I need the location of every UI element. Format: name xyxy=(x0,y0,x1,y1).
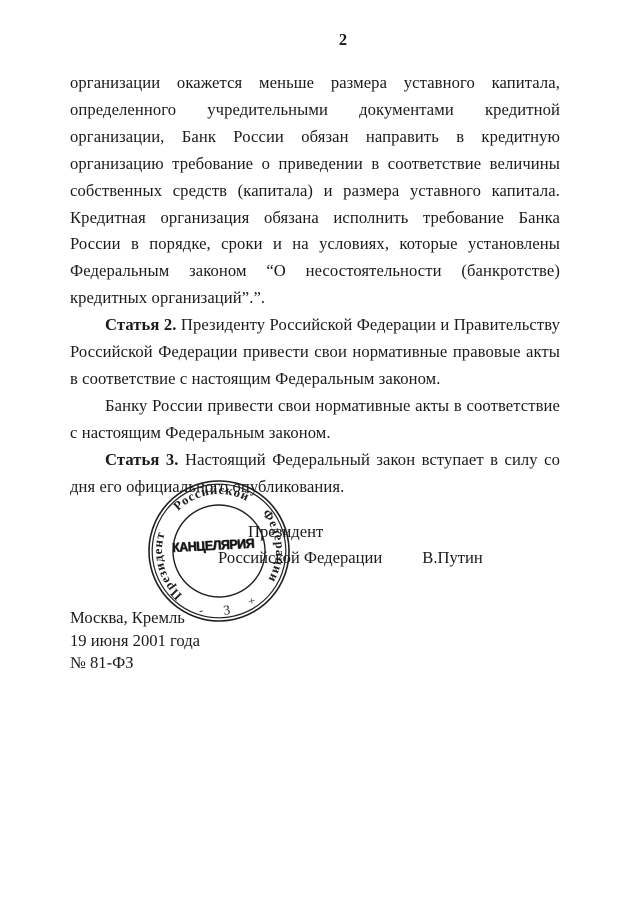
text-line: определенного учредительными документами… xyxy=(70,97,560,124)
footer-date: 19 июня 2001 года xyxy=(70,630,200,653)
svg-text:Российской: Российской xyxy=(169,478,254,514)
text-line: Банку России привести свои нормативные а… xyxy=(70,393,560,420)
footer-number: № 81-ФЗ xyxy=(70,652,200,675)
text-line: кредитных организаций”.”. xyxy=(70,285,560,312)
document-page: 2 организации окажется меньше размера ус… xyxy=(0,0,640,900)
stamp-bottom-plus: + xyxy=(247,594,256,609)
text-line: России в порядке, сроки и на условиях, к… xyxy=(70,231,560,258)
text-line: Федеральным законом “О несостоятельности… xyxy=(70,258,560,285)
text-line: с настоящим Федеральным законом. xyxy=(70,420,560,447)
text-line: организации, Банк России обязан направит… xyxy=(70,124,560,151)
stamp-ring-word-2: Российской xyxy=(169,478,254,514)
svg-text:Федерации: Федерации xyxy=(256,505,292,586)
text-line: Статья 3. Настоящий Федеральный закон вс… xyxy=(70,447,560,474)
official-stamp: Президент Российской Федерации - 3 + КАН… xyxy=(146,478,292,624)
document-body: организации окажется меньше размера уста… xyxy=(70,70,560,501)
stamp-bottom-number: 3 xyxy=(222,602,231,618)
text-line: в соответствие с настоящим Федеральным з… xyxy=(70,366,560,393)
text-line: организацию требование о приведении в со… xyxy=(70,151,560,178)
text-line: Кредитная организация обязана исполнить … xyxy=(70,205,560,232)
signatory-name: В.Путин xyxy=(422,548,483,567)
page-number: 2 xyxy=(46,30,640,50)
stamp-ring-word-3: Федерации xyxy=(256,505,292,586)
text-line: собственных средств (капитала) и размера… xyxy=(70,178,560,205)
stamp-bottom-dash: - xyxy=(198,603,204,617)
text-line: Российской Федерации привести свои норма… xyxy=(70,339,560,366)
text-line: дня его официального опубликования. xyxy=(70,474,560,501)
text-line: Статья 2. Президенту Российской Федераци… xyxy=(70,312,560,339)
text-line: организации окажется меньше размера уста… xyxy=(70,70,560,97)
